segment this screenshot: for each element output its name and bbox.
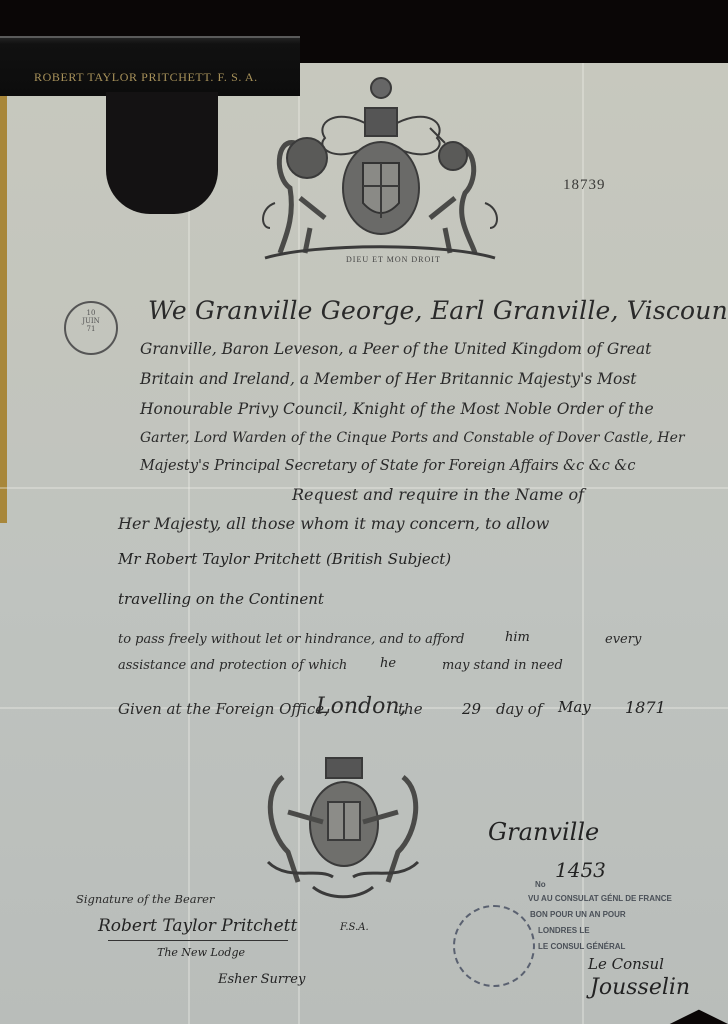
- given-prefix: Given at the Foreign Office,: [118, 700, 329, 718]
- given-year: 1871: [625, 698, 666, 717]
- preamble-line: Request and require in the Name of: [292, 485, 584, 504]
- signature-underline: [108, 940, 288, 941]
- bearer-signature: Robert Taylor Pritchett: [98, 916, 297, 936]
- bearer-name-handwritten: Mr Robert Taylor Pritchett (British Subj…: [118, 550, 451, 568]
- given-the: the: [398, 700, 423, 718]
- preamble-line: Granville, Baron Leveson, a Peer of the …: [140, 340, 651, 358]
- stamp-year: 71: [66, 325, 116, 333]
- pass-line: to pass freely without let or hindrance,…: [118, 632, 464, 647]
- preamble-line: Majesty's Principal Secretary of State f…: [140, 458, 635, 474]
- consular-visa-line: BON POUR UN AN POUR: [530, 906, 626, 923]
- preamble-line: Britain and Ireland, a Member of Her Bri…: [140, 370, 637, 388]
- stamp-day: 10: [66, 309, 116, 317]
- preamble-line: Her Majesty, all those whom it may conce…: [118, 514, 549, 533]
- consular-number-value: 1453: [555, 858, 606, 882]
- royal-motto: DIEU ET MON DROIT: [346, 255, 441, 264]
- consular-visa-line: VU AU CONSULAT GÉNL DE FRANCE: [528, 890, 672, 907]
- bearer-signature-caption: Signature of the Bearer: [76, 892, 214, 906]
- consul-signature-title: Le Consul: [588, 955, 664, 973]
- calais-date-stamp: 10 JUIN 71: [64, 301, 118, 355]
- leather-cover-tab: [106, 92, 218, 214]
- preamble-line: We Granville George, Earl Granville, Vis…: [148, 296, 728, 325]
- french-consulate-round-stamp: [453, 905, 535, 987]
- cover-gilt-label: ROBERT TAYLOR PRITCHETT. F. S. A.: [34, 70, 258, 85]
- consular-visa-line: LONDRES LE: [538, 922, 590, 939]
- granville-coat-of-arms-icon: [248, 752, 438, 902]
- bearer-address-line1: The New Lodge: [157, 946, 245, 959]
- consular-number-label: No: [535, 880, 546, 889]
- given-day: 29: [462, 700, 481, 718]
- issuer-signature: Granville: [488, 818, 599, 846]
- consul-signature: Jousselin: [590, 975, 690, 1000]
- bearer-suffix: F.S.A.: [340, 922, 369, 933]
- bearer-address-line2: Esher Surrey: [218, 972, 305, 987]
- consular-visa-line: LE CONSUL GÉNÉRAL: [538, 938, 625, 955]
- pronoun-handwritten: him: [505, 630, 530, 645]
- preamble-line: Honourable Privy Council, Knight of the …: [140, 400, 654, 418]
- pass-line: assistance and protection of which: [118, 658, 347, 673]
- given-month: May: [558, 698, 591, 716]
- pass-line: may stand in need: [442, 658, 563, 673]
- passport-number: 18739: [563, 177, 606, 194]
- travel-handwritten: travelling on the Continent: [118, 590, 324, 608]
- royal-coat-of-arms-icon: [255, 68, 505, 268]
- given-day-of: day of: [496, 700, 542, 718]
- preamble-line: Garter, Lord Warden of the Cinque Ports …: [140, 430, 685, 446]
- given-city: London,: [316, 694, 407, 719]
- stamp-month: JUIN: [66, 317, 116, 325]
- pass-line: every: [605, 632, 641, 647]
- paper-edge: [0, 63, 7, 523]
- pronoun-handwritten: he: [380, 656, 396, 671]
